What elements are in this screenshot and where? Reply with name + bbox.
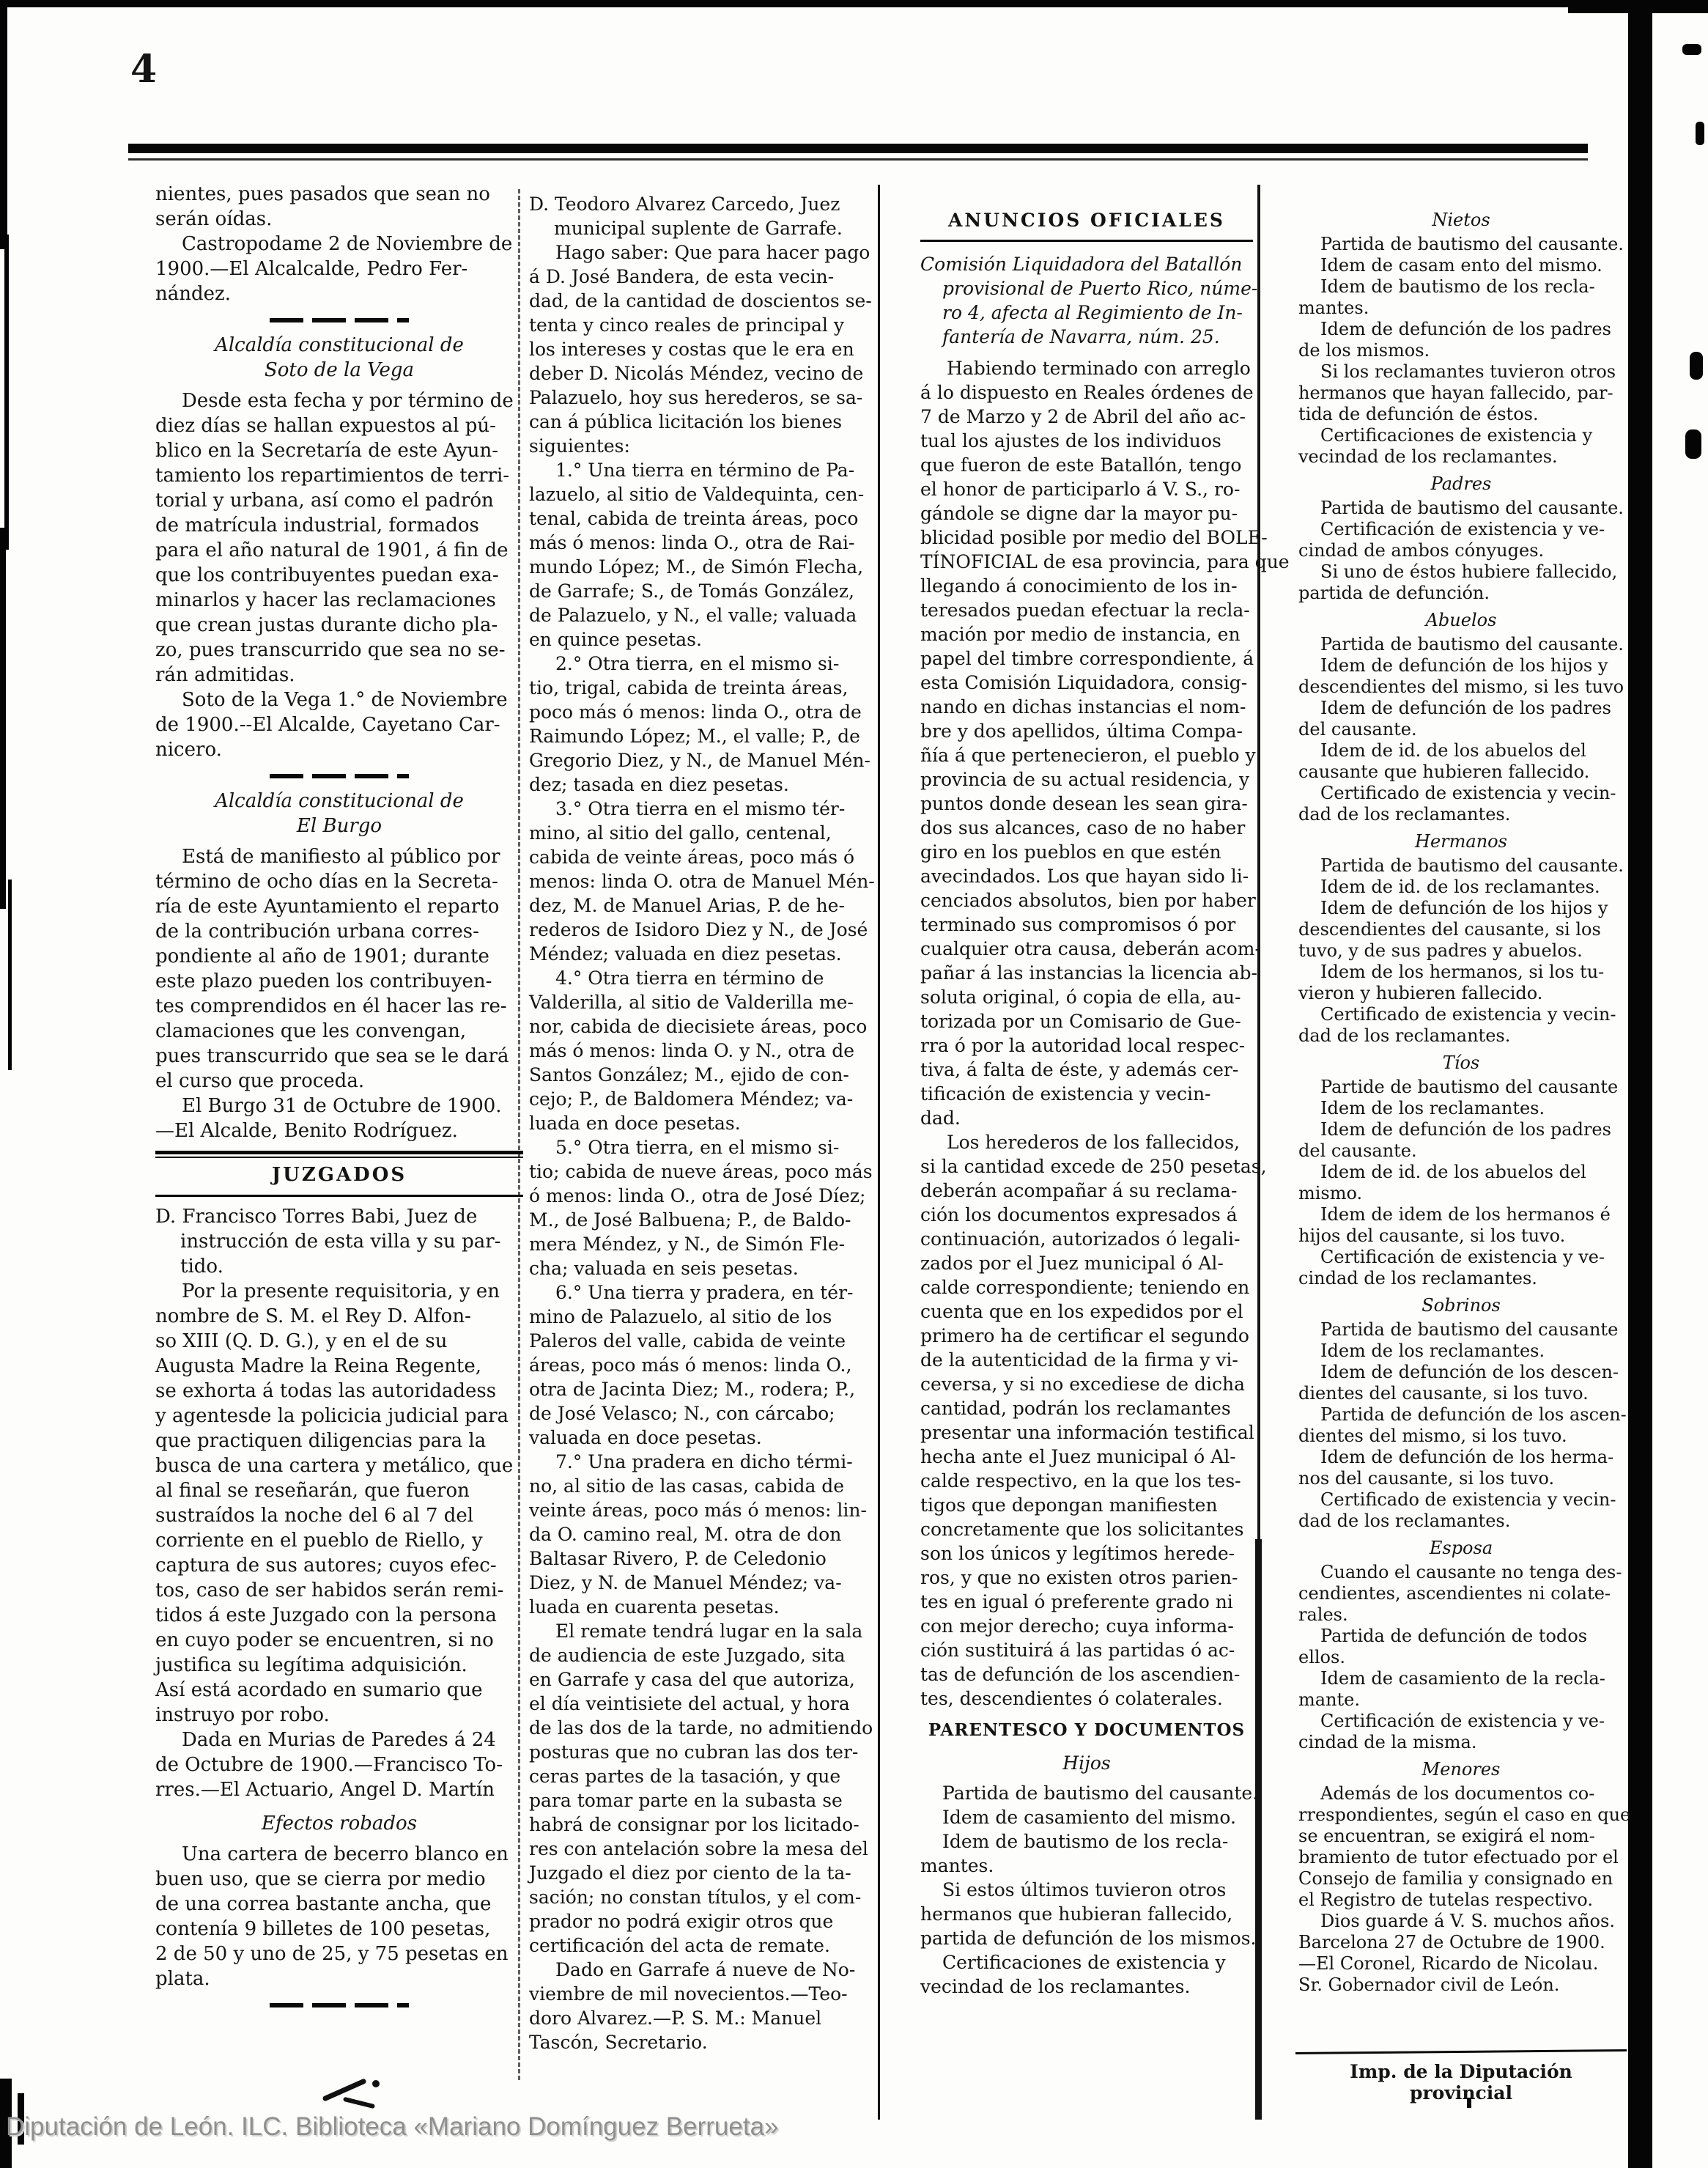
text-line: Idem de defunción de los herma- bbox=[1298, 1447, 1624, 1468]
section-heading-label: JUZGADOS bbox=[155, 1158, 523, 1192]
text-line: de Palazuelo, y N., el valle; valuada bbox=[529, 603, 876, 627]
text-line: Hijos bbox=[920, 1751, 1253, 1775]
text-line: Efectos robados bbox=[155, 1811, 523, 1836]
paragraph: Dado en Garrafe á nueve de No-viembre de… bbox=[529, 1958, 876, 2054]
text-line: puntos donde desean les sean gira- bbox=[920, 792, 1253, 816]
text-line: Nietos bbox=[1298, 210, 1624, 231]
list-item: Idem de casamiento del mismo. bbox=[920, 1805, 1253, 1829]
paragraph: Dada en Murias de Paredes á 24de Octubre… bbox=[155, 1728, 523, 1802]
text-line: Alcaldía constitucional de bbox=[155, 333, 523, 358]
text-line: con mejor derecho; cuya informa- bbox=[920, 1614, 1253, 1638]
text-line: teresados puedan efectuar la recla- bbox=[920, 598, 1253, 622]
document-list: Partida de bautismo del causante.Certifi… bbox=[1298, 498, 1624, 604]
imprint-rule bbox=[1295, 2049, 1627, 2054]
text-line: nández. bbox=[155, 281, 523, 306]
text-line: —El Alcalde, Benito Rodríguez. bbox=[155, 1118, 523, 1143]
text-line: can á pública licitación los bienes bbox=[529, 410, 876, 434]
document-list: Además de los documentos co-rrespondient… bbox=[1298, 1783, 1624, 1996]
text-line: término de ocho días en la Secreta- bbox=[155, 869, 523, 894]
text-line: mante. bbox=[1298, 1689, 1624, 1711]
text-line: ñía á que pertenecieron, el pueblo y bbox=[920, 743, 1253, 767]
text-line: res con antelación sobre la mesa del bbox=[529, 1837, 876, 1861]
paragraph: 6.° Una tierra y pradera, en tér-mino de… bbox=[529, 1280, 876, 1450]
text-line: y agentesde la policicia judicial para bbox=[155, 1404, 523, 1428]
text-line: Idem de los hermanos, si los tu- bbox=[1298, 962, 1624, 983]
page-number: 4 bbox=[130, 47, 157, 92]
text-line: Consejo de familia y consignado en bbox=[1298, 1868, 1624, 1889]
text-line: soluta original, ó copia de ella, au- bbox=[920, 985, 1253, 1009]
text-line: Alcaldía constitucional de bbox=[155, 789, 523, 814]
text-line: rales. bbox=[1298, 1604, 1624, 1626]
text-line: provisional de Puerto Rico, núme- bbox=[920, 276, 1253, 301]
list-item: Idem de los hermanos, si los tu-vieron y… bbox=[1298, 962, 1624, 1004]
text-line: Dado en Garrafe á nueve de No- bbox=[529, 1958, 876, 1982]
text-line: de Garrafe; S., de Tomás González, bbox=[529, 579, 876, 603]
text-line: Desde esta fecha y por término de bbox=[155, 388, 523, 413]
text-line: Partida de bautismo del causante. bbox=[920, 1781, 1253, 1805]
text-line: Idem de casamiento del mismo. bbox=[920, 1805, 1253, 1829]
text-line: avecindados. Los que hayan sido li- bbox=[920, 864, 1253, 888]
document-list: Partida de bautismo del causante.Idem de… bbox=[1298, 234, 1624, 468]
text-line: calde correspondiente; teniendo en bbox=[920, 1275, 1253, 1299]
text-line: Certificación de existencia y ve- bbox=[1298, 1247, 1624, 1268]
text-line: Partida de bautismo del causante bbox=[1298, 1319, 1624, 1341]
paragraph: Soto de la Vega 1.° de Noviembrede 1900.… bbox=[155, 687, 523, 762]
paragraph: 3.° Otra tierra en el mismo tér-mino, al… bbox=[529, 797, 876, 966]
text-line: esta Comisión Liquidadora, consig- bbox=[920, 671, 1253, 695]
text-line: tigos que depongan manifiesten bbox=[920, 1493, 1253, 1517]
subsection-heading: Abuelos bbox=[1298, 610, 1624, 631]
text-line: ros, y que no existen otros parien- bbox=[920, 1566, 1253, 1590]
text-line: rán admitidas. bbox=[155, 663, 523, 687]
text-line: Gregorio Diez, y N., de Manuel Mén- bbox=[529, 748, 876, 773]
text-line: partida de defunción. bbox=[1298, 583, 1624, 604]
list-item: Partida de bautismo del causante. bbox=[1298, 234, 1624, 255]
paragraph: Desde esta fecha y por término dediez dí… bbox=[155, 388, 523, 687]
text-line: Está de manifiesto al público por bbox=[155, 844, 523, 869]
subsection-heading: Hijos bbox=[920, 1751, 1253, 1775]
list-item: Idem de casamiento de la recla-mante. bbox=[1298, 1668, 1624, 1711]
text-line: tiva, á falta de éste, y además cer- bbox=[920, 1058, 1253, 1082]
text-line: mino de Palazuelo, al sitio de los bbox=[529, 1305, 876, 1329]
list-item: Si los reclamantes tuvieron otroshermano… bbox=[1298, 361, 1624, 425]
text-line: Idem de idem de los hermanos é bbox=[1298, 1204, 1624, 1225]
text-line: partida de defunción de los mismos. bbox=[920, 1926, 1253, 1950]
paragraph: El Burgo 31 de Octubre de 1900.—El Alcal… bbox=[155, 1094, 523, 1143]
text-line: Paleros del valle, cabida de veinte bbox=[529, 1329, 876, 1353]
column-2: D. Teodoro Alvarez Carcedo, Juezmunicipa… bbox=[529, 192, 876, 2054]
text-line: mino, al sitio del gallo, centenal, bbox=[529, 821, 876, 845]
text-line: que practiquen diligencias para la bbox=[155, 1428, 523, 1453]
text-line: cendientes, ascendientes ni colate- bbox=[1298, 1583, 1624, 1604]
text-line: en Garrafe y casa del que autoriza, bbox=[529, 1667, 876, 1692]
ink-smudge bbox=[372, 2080, 380, 2087]
paragraph: El remate tendrá lugar en la salade audi… bbox=[529, 1619, 876, 1958]
text-line: 2 de 50 y uno de 25, y 75 pesetas en bbox=[155, 1942, 523, 1966]
text-line: Idem de defunción de los padres bbox=[1298, 1119, 1624, 1140]
text-line: de José Velasco; N., con cárcabo; bbox=[529, 1401, 876, 1426]
header-rule-thick bbox=[128, 144, 1588, 153]
text-line: Certificaciones de existencia y bbox=[1298, 425, 1624, 446]
text-line: Partida de bautismo del causante. bbox=[1298, 634, 1624, 655]
text-line: Certificado de existencia y vecin- bbox=[1298, 1489, 1624, 1511]
text-line: 2.° Otra tierra, en el mismo si- bbox=[529, 652, 876, 676]
text-line: Una cartera de becerro blanco en bbox=[155, 1842, 523, 1867]
text-line: tos, caso de ser habidos serán remi- bbox=[155, 1578, 523, 1603]
text-line: nando en dichas instancias el nom- bbox=[920, 695, 1253, 719]
text-line: captura de sus autores; cuyos efec- bbox=[155, 1553, 523, 1578]
text-line: 6.° Una tierra y pradera, en tér- bbox=[529, 1280, 876, 1305]
text-line: hermanos que hubieran fallecido, bbox=[920, 1902, 1253, 1926]
text-line: Dada en Murias de Paredes á 24 bbox=[155, 1728, 523, 1752]
text-line: papel del timbre correspondiente, á bbox=[920, 646, 1253, 671]
text-line: contenía 9 billetes de 100 pesetas, bbox=[155, 1917, 523, 1942]
subsection-heading: Menores bbox=[1298, 1759, 1624, 1780]
text-line: Partida de bautismo del causante. bbox=[1298, 498, 1624, 519]
text-line: Valderilla, al sitio de Valderilla me- bbox=[529, 990, 876, 1014]
text-line: ción los documentos expresados á bbox=[920, 1203, 1253, 1227]
header-rule-thin bbox=[128, 158, 1588, 161]
text-line: cualquier otra causa, deberán acom- bbox=[920, 937, 1253, 961]
text-line: de audiencia de este Juzgado, sita bbox=[529, 1643, 876, 1667]
text-line: tenal, cabida de treinta áreas, poco bbox=[529, 506, 876, 531]
list-item: Idem de los reclamantes. bbox=[1298, 1341, 1624, 1362]
section-rule-top bbox=[155, 1151, 523, 1154]
text-line: en quince pesetas. bbox=[529, 627, 876, 652]
text-line: nombre de S. M. el Rey D. Alfon- bbox=[155, 1304, 523, 1329]
paragraph: 1.° Una tierra en término de Pa-lazuelo,… bbox=[529, 458, 876, 652]
text-line: so XIII (Q. D. G.), y en el de su bbox=[155, 1329, 523, 1354]
text-line: de 1900.--El Alcalde, Cayetano Car- bbox=[155, 712, 523, 737]
list-item: Certificado de existencia y vecin-dad de… bbox=[1298, 783, 1624, 825]
column-4: NietosPartida de bautismo del causante.I… bbox=[1298, 204, 1624, 1996]
scan-edge-left-2 bbox=[4, 235, 9, 550]
subsection-heading: Hermanos bbox=[1298, 831, 1624, 852]
list-item: Partide de bautismo del causante bbox=[1298, 1077, 1624, 1098]
text-line: Esposa bbox=[1298, 1538, 1624, 1559]
text-line: lazuelo, al sitio de Valdequinta, cen- bbox=[529, 482, 876, 506]
subsection-heading: Esposa bbox=[1298, 1538, 1624, 1559]
text-line: de las dos de la tarde, no admitiendo bbox=[529, 1716, 876, 1740]
text-line: nor, cabida de diecisiete áreas, poco bbox=[529, 1014, 876, 1039]
text-line: este plazo pueden los contribuyen- bbox=[155, 969, 523, 994]
section-rule-bottom bbox=[920, 240, 1253, 242]
text-line: hermanos que hayan fallecido, par- bbox=[1298, 383, 1624, 404]
library-watermark: Diputación de León. ILC. Biblioteca «Mar… bbox=[6, 2112, 779, 2142]
text-line: blicidad posible por medio del BOLE- bbox=[920, 526, 1253, 550]
text-line: posturas que no cubran las dos ter- bbox=[529, 1740, 876, 1764]
text-line: Menores bbox=[1298, 1759, 1624, 1780]
paragraph: Los herederos de los fallecidos,si la ca… bbox=[920, 1130, 1253, 1711]
text-line: sustraídos la noche del 6 al 7 del bbox=[155, 1503, 523, 1528]
list-item: Idem de idem de los hermanos éhijos del … bbox=[1298, 1204, 1624, 1247]
text-line: primero ha de certificar el segundo bbox=[920, 1324, 1253, 1348]
text-line: Castropodame 2 de Noviembre de bbox=[155, 232, 523, 257]
text-line: 1.° Una tierra en término de Pa- bbox=[529, 458, 876, 482]
text-line: mera Méndez, y N., de Simón Fle- bbox=[529, 1232, 876, 1256]
text-line: vecindad de los reclamantes. bbox=[920, 1975, 1253, 1999]
subsection-heading: Nietos bbox=[1298, 210, 1624, 231]
text-line: poco más ó menos: linda O., otra de bbox=[529, 700, 876, 724]
list-item: Partida de bautismo del causante. bbox=[1298, 498, 1624, 519]
text-line: zados por el Juez municipal ó Al- bbox=[920, 1251, 1253, 1275]
ink-smudge bbox=[343, 2097, 375, 2109]
column-divider-2 bbox=[878, 185, 880, 2120]
list-item: Certificación de existencia y ve-cindad … bbox=[1298, 1711, 1624, 1753]
text-line: terminado sus compromisos ó por bbox=[920, 912, 1253, 937]
text-line: tidos á este Juzgado con la persona bbox=[155, 1603, 523, 1628]
text-line: 5.° Otra tierra, en el mismo si- bbox=[529, 1135, 876, 1159]
text-line: cantidad, podrán los reclamantes bbox=[920, 1396, 1253, 1420]
text-line: de una correa bastante ancha, que bbox=[155, 1892, 523, 1917]
text-line: si la cantidad excede de 250 pesetas, bbox=[920, 1154, 1253, 1179]
hanging-paragraph: D. Teodoro Alvarez Carcedo, Juezmunicipa… bbox=[529, 192, 876, 240]
text-line: al final se reseñarán, que fueron bbox=[155, 1478, 523, 1503]
text-line: tual los ajustes de los individuos bbox=[920, 429, 1253, 453]
section-heading-label: ANUNCIOS OFICIALES bbox=[920, 204, 1253, 237]
text-line: zo, pues transcurrido que sea no se- bbox=[155, 638, 523, 663]
text-line: Diez, y N. de Manuel Méndez; va- bbox=[529, 1571, 876, 1595]
text-line: los intereses y costas que le era en bbox=[529, 337, 876, 361]
document-list: Partida de bautismo del causante.Idem de… bbox=[920, 1781, 1253, 1999]
text-line: habrá de consignar por los licitado- bbox=[529, 1813, 876, 1837]
text-line: 3.° Otra tierra en el mismo tér- bbox=[529, 797, 876, 821]
text-line: de los mismos. bbox=[1298, 340, 1624, 361]
text-line: en cuyo poder se encuentren, si no bbox=[155, 1628, 523, 1653]
text-line: otra de Jacinta Diez; M., rodera; P., bbox=[529, 1377, 876, 1401]
text-line: veinte áreas, poco más ó menos: lin- bbox=[529, 1498, 876, 1522]
text-line: Idem de bautismo de los recla- bbox=[1298, 276, 1624, 298]
text-line: más ó menos: linda O. y N., otra de bbox=[529, 1039, 876, 1063]
text-line: dad de los reclamantes. bbox=[1298, 804, 1624, 825]
text-line: Partida de defunción de todos bbox=[1298, 1626, 1624, 1647]
text-line: Padres bbox=[1298, 473, 1624, 495]
text-line: se exhorta á todas las autoridadess bbox=[155, 1379, 523, 1404]
list-item: Idem de casam ento del mismo. bbox=[1298, 255, 1624, 276]
subsection-heading: Tíos bbox=[1298, 1052, 1624, 1074]
text-line: El remate tendrá lugar en la sala bbox=[529, 1619, 876, 1643]
document-list: Partida de bautismo del causanteIdem de … bbox=[1298, 1319, 1624, 1532]
text-line: Hago saber: Que para hacer pago bbox=[529, 240, 876, 265]
text-line: dez, M. de Manuel Arias, P. de he- bbox=[529, 893, 876, 918]
text-line: serán oídas. bbox=[155, 207, 523, 232]
text-line: cenciados absolutos, bien por haber bbox=[920, 888, 1253, 912]
text-line: Además de los documentos co- bbox=[1298, 1783, 1624, 1804]
column-divider-3-heavy bbox=[1255, 1539, 1262, 2120]
text-line: 7 de Marzo y 2 de Abril del año ac- bbox=[920, 405, 1253, 429]
scan-speck-3 bbox=[1690, 352, 1703, 380]
text-line: rederos de Isidoro Diez y N., de José bbox=[529, 918, 876, 942]
scan-edge-top bbox=[0, 0, 1708, 7]
text-line: Baltasar Rivero, P. de Celedonio bbox=[529, 1546, 876, 1571]
text-line: hecha ante el Juez municipal ó Al- bbox=[920, 1445, 1253, 1469]
article-separator bbox=[270, 318, 409, 322]
text-line: rrespondientes, según el caso en que bbox=[1298, 1804, 1624, 1826]
text-line: El Burgo 31 de Octubre de 1900. bbox=[155, 1094, 523, 1118]
paragraph: 2.° Otra tierra, en el mismo si-tio, tri… bbox=[529, 652, 876, 797]
text-line: luada en doce pesetas. bbox=[529, 1111, 876, 1135]
paragraph: Está de manifiesto al público portérmino… bbox=[155, 844, 523, 1094]
text-line: el Registro de tutelas respectivo. bbox=[1298, 1889, 1624, 1911]
text-line: Idem de defunción de los padres bbox=[1298, 698, 1624, 719]
text-line: Raimundo López; M., el valle; P., de bbox=[529, 724, 876, 748]
text-line: municipal suplente de Garrafe. bbox=[529, 216, 876, 240]
text-line: se encuentran, se exigirá el nom- bbox=[1298, 1826, 1624, 1847]
list-item: Dios guarde á V. S. muchos años.Barcelon… bbox=[1298, 1911, 1624, 1996]
scan-speck-4 bbox=[1685, 429, 1701, 459]
text-line: que fueron de este Batallón, tengo bbox=[920, 453, 1253, 477]
text-line: Santos González; M., ejido de con- bbox=[529, 1063, 876, 1087]
text-line: de matrícula industrial, formados bbox=[155, 513, 523, 538]
text-line: deberán acompañar á su reclama- bbox=[920, 1179, 1253, 1203]
text-line: de la contribución urbana corres- bbox=[155, 919, 523, 944]
text-line: buen uso, que se cierra por medio bbox=[155, 1867, 523, 1892]
text-line: dos sus alcances, caso de no haber bbox=[920, 816, 1253, 840]
text-line: bramiento de tutor efectuado por el bbox=[1298, 1847, 1624, 1868]
text-line: instrucción de esta villa y su par- bbox=[155, 1229, 523, 1254]
text-line: Certificado de existencia y vecin- bbox=[1298, 1004, 1624, 1025]
text-line: viembre de mil novecientos.—Teo- bbox=[529, 1982, 876, 2006]
text-line: el día veintisiete del actual, y hora bbox=[529, 1692, 876, 1716]
text-line: prador no podrá exigir otros que bbox=[529, 1909, 876, 1933]
document-list: Cuando el causante no tenga des-cendient… bbox=[1298, 1562, 1624, 1753]
list-item: Idem de los reclamantes. bbox=[1298, 1098, 1624, 1119]
text-line: deber D. Nicolás Méndez, vecino de bbox=[529, 361, 876, 386]
text-line: para el año natural de 1901, á fin de bbox=[155, 538, 523, 563]
text-line: nicero. bbox=[155, 737, 523, 762]
column-3: ANUNCIOS OFICIALESComisión Liquidadora d… bbox=[920, 196, 1253, 1999]
text-line: tenta y cinco reales de principal y bbox=[529, 313, 876, 337]
text-line: Idem de defunción de los hijos y bbox=[1298, 898, 1624, 919]
list-item: Idem de id. de los reclamantes. bbox=[1298, 877, 1624, 898]
text-line: tuvo, y de sus padres y abuelos. bbox=[1298, 940, 1624, 962]
text-line: Habiendo terminado con arreglo bbox=[920, 356, 1253, 380]
text-line: 1900.—El Alcalcalde, Pedro Fer- bbox=[155, 257, 523, 281]
section-rule-bottom bbox=[155, 1195, 523, 1197]
text-line: siguientes: bbox=[529, 434, 876, 458]
text-line: áreas, poco más ó menos: linda O., bbox=[529, 1353, 876, 1377]
text-line: menos: linda O. otra de Manuel Mén- bbox=[529, 869, 876, 893]
list-item: Si estos últimos tuvieron otroshermanos … bbox=[920, 1878, 1253, 1950]
notice-title: Comisión Liquidadora del Batallónprovisi… bbox=[920, 252, 1253, 349]
text-line: M., de José Balbuena; P., de Baldo- bbox=[529, 1208, 876, 1232]
list-item: Partida de bautismo del causante. bbox=[1298, 634, 1624, 655]
list-item: Certificado de existencia y vecin-dad de… bbox=[1298, 1489, 1624, 1532]
text-line: rres.—El Actuario, Angel D. Martín bbox=[155, 1777, 523, 1802]
text-line: Idem de casam ento del mismo. bbox=[1298, 255, 1624, 276]
text-line: cindad de ambos cónyuges. bbox=[1298, 540, 1624, 561]
text-line: mación por medio de instancia, en bbox=[920, 622, 1253, 646]
text-line: mismo. bbox=[1298, 1183, 1624, 1204]
document-list: Partide de bautismo del causanteIdem de … bbox=[1298, 1077, 1624, 1289]
text-line: tida de defunción de éstos. bbox=[1298, 404, 1624, 425]
text-line: cabida de veinte áreas, poco más ó bbox=[529, 845, 876, 869]
text-line: Palazuelo, hoy sus herederos, se sa- bbox=[529, 386, 876, 410]
text-line: cindad de los reclamantes. bbox=[1298, 1268, 1624, 1289]
ink-speck bbox=[1467, 2098, 1471, 2108]
list-item: Partida de defunción de los ascen-diente… bbox=[1298, 1404, 1624, 1447]
list-item: Certificaciones de existencia yvecindad … bbox=[920, 1950, 1253, 1999]
text-line: tamiento los repartimientos de terri- bbox=[155, 463, 523, 488]
text-line: Idem de id. de los reclamantes. bbox=[1298, 877, 1624, 898]
list-item: Cuando el causante no tenga des-cendient… bbox=[1298, 1562, 1624, 1626]
text-line: el curso que proceda. bbox=[155, 1069, 523, 1094]
text-line: valuada en doce pesetas. bbox=[529, 1426, 876, 1450]
text-line: mundo López; M., de Simón Flecha, bbox=[529, 555, 876, 579]
text-line: mantes. bbox=[920, 1854, 1253, 1878]
article-separator bbox=[270, 774, 409, 778]
text-line: Tíos bbox=[1298, 1052, 1624, 1074]
text-line: fantería de Navarra, núm. 25. bbox=[920, 325, 1253, 349]
list-item: Certificado de existencia y vecin-dad de… bbox=[1298, 1004, 1624, 1047]
text-line: ceversa, y si no excediese de dicha bbox=[920, 1372, 1253, 1396]
text-line: Idem de casamiento de la recla- bbox=[1298, 1668, 1624, 1689]
list-item: Idem de defunción de los hijos ydescendi… bbox=[1298, 655, 1624, 698]
paragraph: Por la presente requisitoria, y ennombre… bbox=[155, 1279, 523, 1728]
scan-speck-2 bbox=[1696, 122, 1704, 145]
text-line: pues transcurrido que sea se le dará bbox=[155, 1044, 523, 1069]
text-line: TÍNOFICIAL de esa provincia, para que bbox=[920, 550, 1253, 574]
text-line: Así está acordado en sumario que bbox=[155, 1678, 523, 1703]
text-line: dez; tasada en diez pesetas. bbox=[529, 773, 876, 797]
text-line: Dios guarde á V. S. muchos años. bbox=[1298, 1911, 1624, 1932]
text-line: torial y urbana, así como el padrón bbox=[155, 488, 523, 513]
text-line: á D. José Bandera, de esta vecin- bbox=[529, 265, 876, 289]
text-line: Cuando el causante no tenga des- bbox=[1298, 1562, 1624, 1583]
list-item: Partida de defunción de todosellos. bbox=[1298, 1626, 1624, 1668]
scan-gutter-bar bbox=[1628, 4, 1652, 2168]
text-line: —El Coronel, Ricardo de Nicolau. bbox=[1298, 1953, 1624, 1975]
text-line: Barcelona 27 de Octubre de 1900. bbox=[1298, 1932, 1624, 1953]
text-line: más ó menos: linda O., otra de Rai- bbox=[529, 531, 876, 555]
text-line: tio; cabida de nueve áreas, poco más bbox=[529, 1159, 876, 1184]
paragraph: Una cartera de becerro blanco enbuen uso… bbox=[155, 1842, 523, 1991]
list-item: Certificación de existencia y ve-cindad … bbox=[1298, 519, 1624, 561]
list-item: Idem de id. de los abuelos delcausante q… bbox=[1298, 740, 1624, 783]
scan-edge-left-3 bbox=[0, 528, 6, 909]
list-item: Certificación de existencia y ve-cindad … bbox=[1298, 1247, 1624, 1289]
subheader: PARENTESCO Y DOCUMENTOS bbox=[920, 1718, 1253, 1742]
text-line: Certificación de existencia y ve- bbox=[1298, 519, 1624, 540]
text-line: Tascón, Secretario. bbox=[529, 2030, 876, 2054]
text-line: Soto de la Vega bbox=[155, 358, 523, 383]
text-line: doro Alvarez.—P. S. M.: Manuel bbox=[529, 2006, 876, 2030]
text-line: tificación de existencia y vecin- bbox=[920, 1082, 1253, 1106]
text-line: Por la presente requisitoria, y en bbox=[155, 1279, 523, 1304]
list-item: Partida de bautismo del causante bbox=[1298, 1319, 1624, 1341]
section-heading: ANUNCIOS OFICIALES bbox=[920, 204, 1253, 242]
text-line: tes en igual ó preferente grado ni bbox=[920, 1590, 1253, 1614]
text-line: Méndez; valuada en diez pesetas. bbox=[529, 942, 876, 966]
text-line: hijos del causante, si los tuvo. bbox=[1298, 1225, 1624, 1247]
text-line: dad de los reclamantes. bbox=[1298, 1025, 1624, 1047]
text-line: cuenta que en los expedidos por el bbox=[920, 1299, 1253, 1324]
text-line: llegando á conocimiento de los in- bbox=[920, 574, 1253, 598]
text-line: diez días se hallan expuestos al pú- bbox=[155, 413, 523, 438]
subsection-heading: Sobrinos bbox=[1298, 1295, 1624, 1316]
text-line: torizada por un Comisario de Gue- bbox=[920, 1009, 1253, 1033]
text-line: Partida de bautismo del causante. bbox=[1298, 234, 1624, 255]
text-line: mantes. bbox=[1298, 298, 1624, 319]
paragraph: 5.° Otra tierra, en el mismo si-tio; cab… bbox=[529, 1135, 876, 1280]
text-line: justifica su legítima adquisición. bbox=[155, 1653, 523, 1678]
text-line: Si los reclamantes tuvieron otros bbox=[1298, 361, 1624, 383]
text-line: sación; no constan títulos, y el com- bbox=[529, 1885, 876, 1909]
paragraph: 4.° Otra tierra en término deValderilla,… bbox=[529, 966, 876, 1135]
text-line: Idem de defunción de los descen- bbox=[1298, 1362, 1624, 1383]
text-line: Idem de id. de los abuelos del bbox=[1298, 1162, 1624, 1183]
text-line: Comisión Liquidadora del Batallón bbox=[920, 252, 1253, 276]
